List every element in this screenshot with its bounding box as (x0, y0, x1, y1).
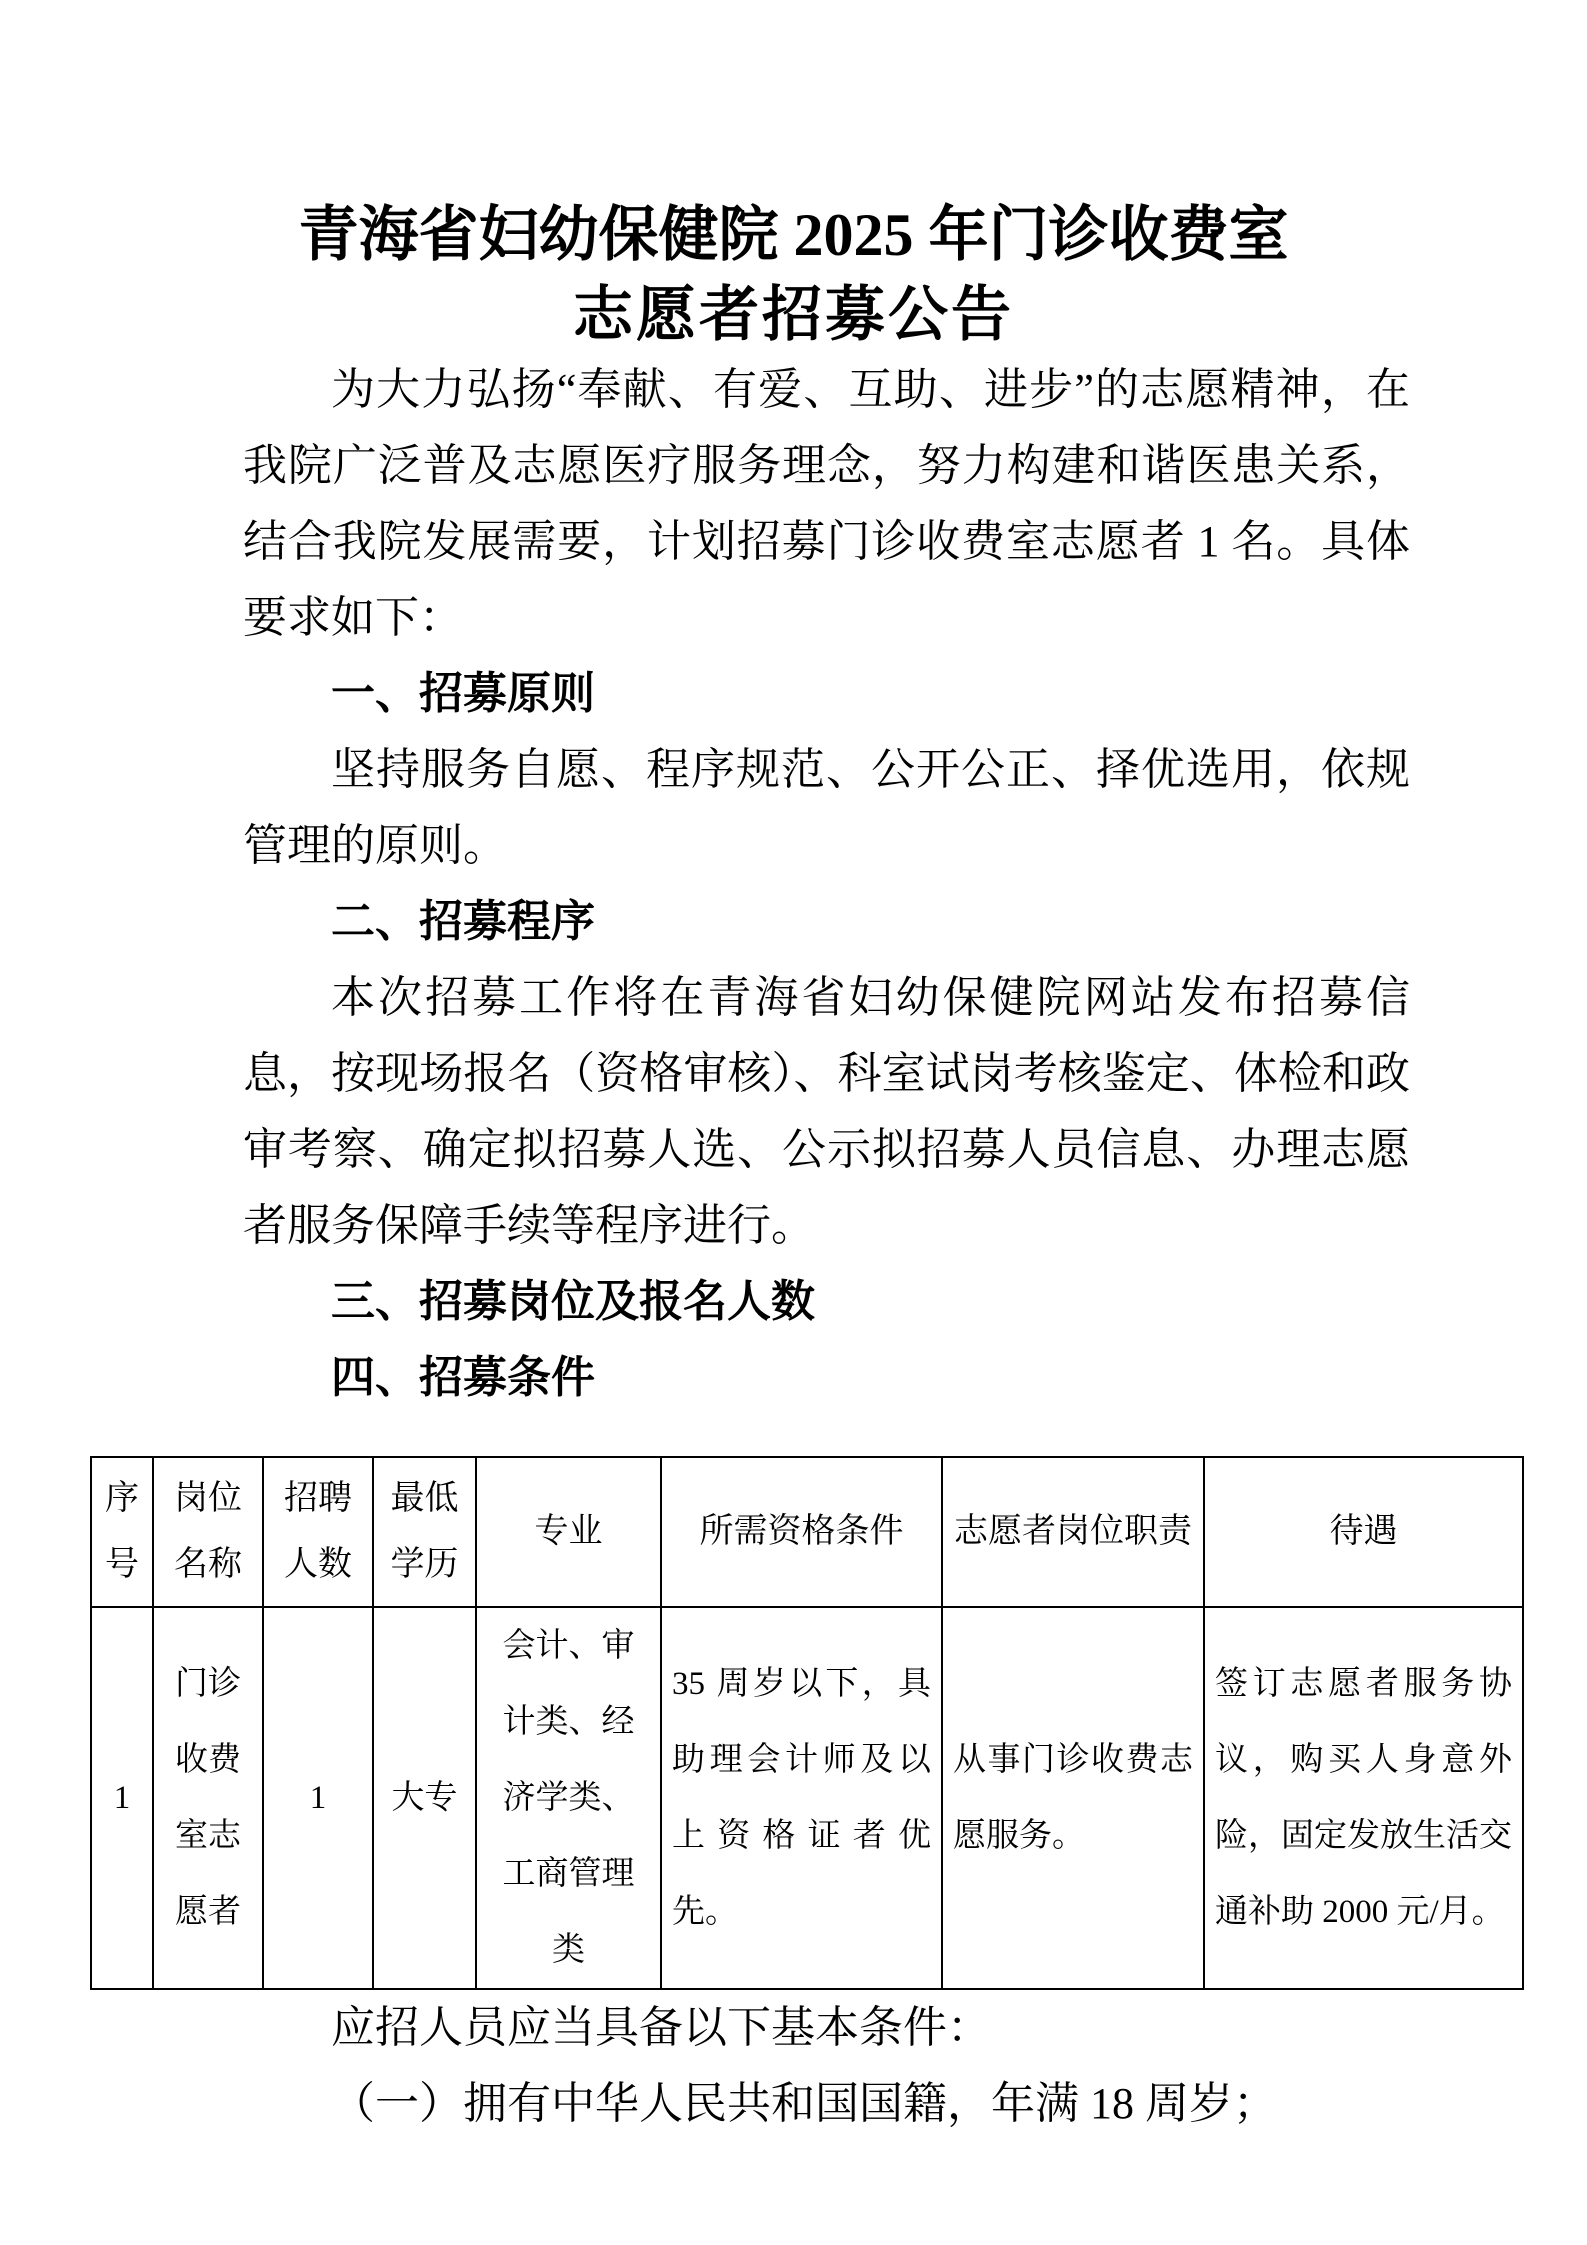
document-title-line2: 志愿者招募公告 (0, 278, 1587, 352)
cell-min-education: 大专 (373, 1607, 476, 1989)
document-title-line1: 青海省妇幼保健院 2025 年门诊收费室 (0, 0, 1587, 272)
cell-major: 会计、审计类、经济学类、工商管理类 (476, 1607, 661, 1989)
table-header-qualifications: 所需资格条件 (661, 1457, 942, 1607)
document-page: 青海省妇幼保健院 2025 年门诊收费室 志愿者招募公告 为大力弘扬“奉献、有爱… (0, 0, 1587, 2245)
table-header-min-education: 最低学历 (373, 1457, 476, 1607)
table-header-headcount: 招聘人数 (263, 1457, 373, 1607)
cell-compensation: 签订志愿者服务协议，购买人身意外险，固定发放生活交通补助 2000 元/月。 (1204, 1607, 1523, 1989)
paragraph-condition-1: （一）拥有中华人民共和国国籍，年满 18 周岁； (243, 2066, 1410, 2142)
section-heading-recruit-conditions: 四、招募条件 (243, 1340, 1410, 1416)
section-heading-positions-and-headcount: 三、招募岗位及报名人数 (243, 1264, 1410, 1340)
table-header-major: 专业 (476, 1457, 661, 1607)
table-header-duties: 志愿者岗位职责 (942, 1457, 1204, 1607)
table-header-position-name: 岗位名称 (153, 1457, 263, 1607)
section-heading-recruit-procedure: 二、招募程序 (243, 884, 1410, 960)
cell-duties: 从事门诊收费志愿服务。 (942, 1607, 1204, 1989)
cell-qualifications: 35 周岁以下，具助理会计师及以上资格证者优先。 (661, 1607, 942, 1989)
section-heading-recruit-principle: 一、招募原则 (243, 656, 1410, 732)
paragraph-intro: 为大力弘扬“奉献、有爱、互助、进步”的志愿精神，在我院广泛普及志愿医疗服务理念，… (243, 352, 1410, 656)
cell-position-name: 门诊收费室志愿者 (153, 1607, 263, 1989)
recruitment-table: 序号 岗位名称 招聘人数 最低学历 专业 所需资格条件 志愿者岗位职责 待遇 1… (90, 1456, 1524, 1990)
paragraph-principle: 坚持服务自愿、程序规范、公开公正、择优选用，依规管理的原则。 (243, 732, 1410, 884)
table-header-index: 序号 (91, 1457, 153, 1607)
cell-headcount: 1 (263, 1607, 373, 1989)
cell-index: 1 (91, 1607, 153, 1989)
table-header-row: 序号 岗位名称 招聘人数 最低学历 专业 所需资格条件 志愿者岗位职责 待遇 (91, 1457, 1523, 1607)
table-header-compensation: 待遇 (1204, 1457, 1523, 1607)
paragraph-basic-conditions-lead: 应招人员应当具备以下基本条件： (243, 1990, 1410, 2066)
table-row: 1 门诊收费室志愿者 1 大专 会计、审计类、经济学类、工商管理类 35 周岁以… (91, 1607, 1523, 1989)
paragraph-procedure: 本次招募工作将在青海省妇幼保健院网站发布招募信息，按现场报名（资格审核）、科室试… (243, 960, 1410, 1264)
